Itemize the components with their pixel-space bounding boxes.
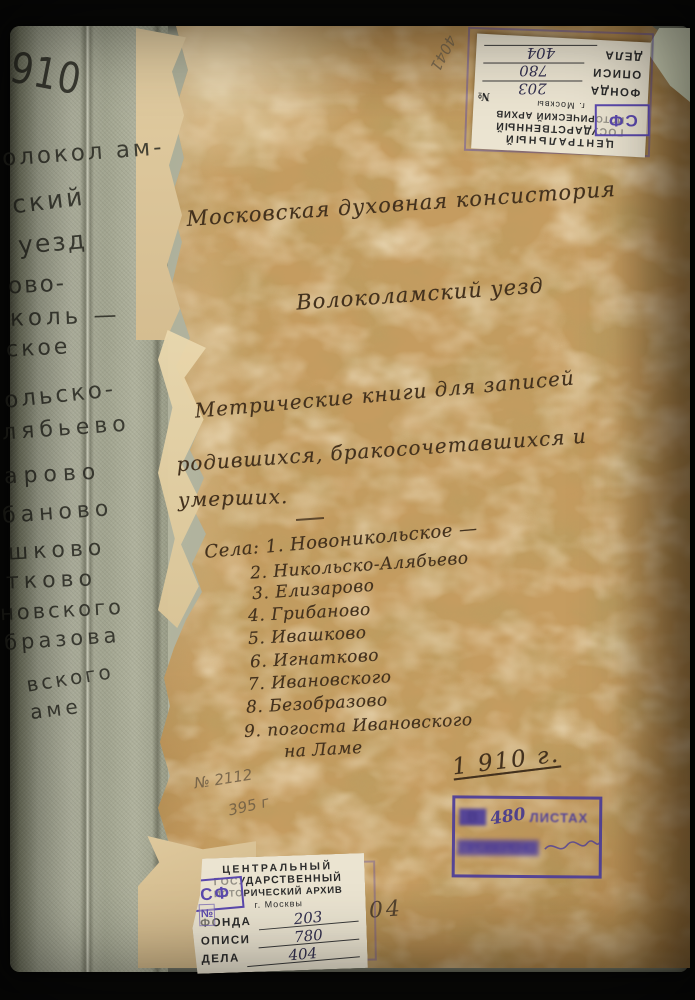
delo-value: 404	[484, 45, 597, 60]
delo-label: ДЕЛА	[201, 952, 240, 965]
sheets-word: ЛИСТАХ	[529, 810, 588, 826]
sf-stamp: СФ	[595, 104, 650, 136]
delo-label: ДЕЛА	[604, 48, 643, 62]
stamp-prefix: В	[459, 808, 486, 825]
spine-text-line: шково	[7, 535, 106, 565]
sheets-checked-stamp: В 480 ЛИСТАХ ПРОВЕРЕНО	[452, 795, 603, 878]
vertical-number-stamp: №	[199, 904, 216, 927]
village-list-item: на Ламе	[284, 738, 364, 762]
archive-label-bottom: ЦЕНТРАЛЬНЫЙ ГОСУДАРСТВЕННЫЙ ИСТОРИЧЕСКИЙ…	[190, 853, 368, 974]
cover-subtitle-line3: умерших.	[178, 484, 289, 512]
spine-text-line: ское	[5, 334, 71, 362]
spine-text-line: арово	[3, 459, 102, 489]
spine-text-line: уезд	[17, 225, 88, 260]
fond-value: 203	[482, 80, 582, 95]
signature-flourish	[543, 835, 601, 858]
opis-label: ОПИСИ	[201, 934, 251, 948]
fond-label: ФОНДА	[589, 83, 641, 98]
spine-text-line: тково	[6, 566, 98, 594]
opis-label: ОПИСИ	[591, 66, 641, 81]
checked-word: ПРОВЕРЕНО	[457, 839, 539, 856]
archive-label-top: ЦЕНТРАЛЬНЫЙ ГОСУДАРСТВЕННЫЙ ИСТОРИЧЕСКИЙ…	[471, 34, 651, 158]
spine-text-line: ово-	[7, 271, 66, 300]
spine-text-line: коль —	[10, 302, 121, 332]
book-cover-photo: 910 олокол ам- ский уезд ово- коль — ско…	[0, 0, 695, 1000]
number-sign: №	[478, 90, 491, 104]
sheets-count: 480	[489, 804, 527, 829]
opis-value: 780	[483, 63, 584, 78]
